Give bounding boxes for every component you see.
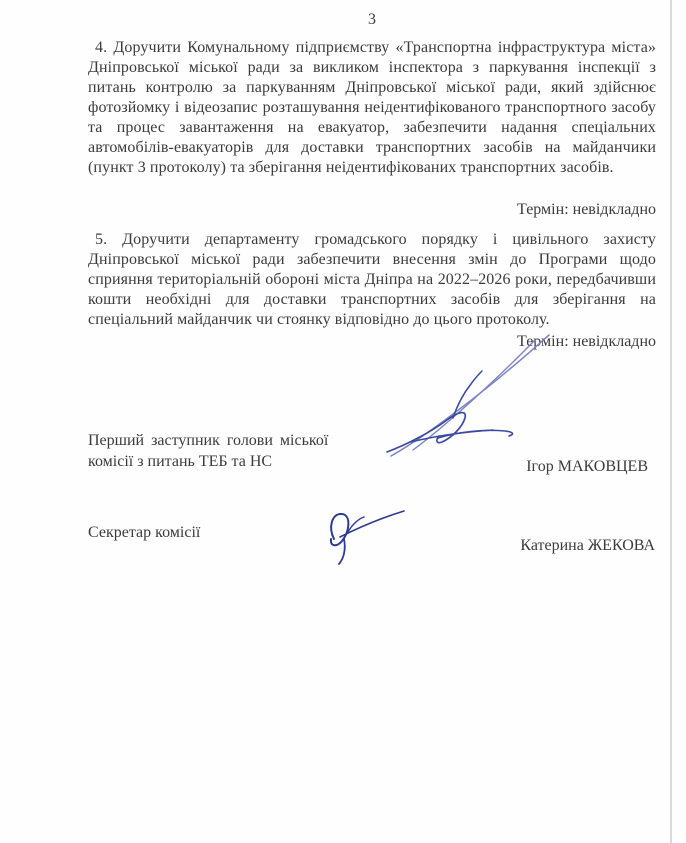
scanned-page-edge-line (670, 0, 672, 843)
signatory-title-line2: комісії з питань ТЕБ та НС (88, 451, 358, 472)
signature-stroke (453, 371, 482, 418)
page-number: 3 (88, 10, 656, 30)
signature-stroke (340, 511, 404, 537)
deadline-line-1: Термін: невідкладно (88, 200, 656, 220)
signature-stroke (438, 430, 512, 438)
signature-stroke (411, 430, 493, 442)
signature-stroke (339, 539, 345, 564)
handwritten-signature-zhekova (318, 505, 410, 569)
deadline-line-2: Термін: невідкладно (88, 332, 656, 352)
signature-stroke (413, 340, 535, 450)
signatory-title-line1: Перший заступник голови міської (88, 430, 358, 451)
signature-stroke (391, 335, 549, 456)
signatory-title-secretary: Секретар комісії (88, 523, 200, 543)
signatory-name-zhekova: Катерина ЖЕКОВА (520, 536, 655, 556)
signature-stroke (348, 517, 364, 532)
signatory-name-makovtsev: Ігор МАКОВЦЕВ (526, 457, 648, 477)
document-body: 3 4. Доручити Комунальному підприємству … (0, 0, 686, 352)
paragraph-item-5: 5. Доручити департаменту громадського по… (88, 230, 656, 330)
signatory-title-first: Перший заступник голови міської комісії … (88, 430, 358, 472)
paragraph-item-4: 4. Доручити Комунальному підприємству «Т… (88, 38, 656, 178)
document-page: 3 4. Доручити Комунальному підприємству … (0, 0, 686, 843)
signature-stroke (331, 514, 348, 545)
signature-stroke (387, 413, 465, 452)
